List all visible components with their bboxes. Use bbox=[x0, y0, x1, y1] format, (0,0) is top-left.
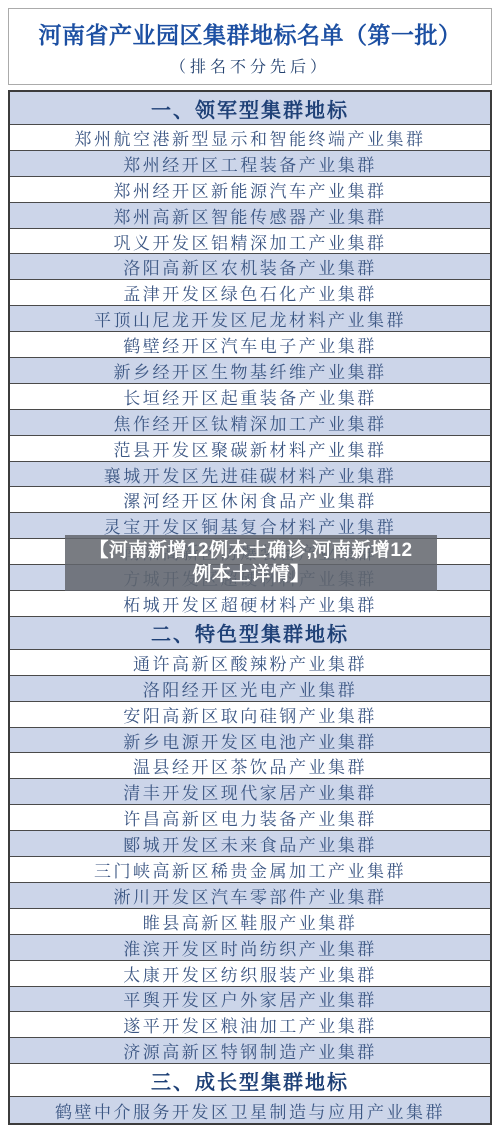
table-row: 淮滨开发区时尚纺织产业集群 bbox=[10, 935, 490, 961]
table-row: 济源高新区特钢制造产业集群 bbox=[10, 1038, 490, 1064]
table-row: 郑州经开区工程装备产业集群 bbox=[10, 151, 490, 177]
table-row: 新乡电源开发区电池产业集群 bbox=[10, 728, 490, 754]
table-row: 漯河经开区休闲食品产业集群 bbox=[10, 487, 490, 513]
table-row: 平舆开发区户外家居产业集群 bbox=[10, 987, 490, 1013]
table-row: 范县开发区聚碳新材料产业集群 bbox=[10, 436, 490, 462]
table-row: 郑州经开区新能源汽车产业集群 bbox=[10, 177, 490, 203]
table-row: 巩义开发区铝精深加工产业集群 bbox=[10, 229, 490, 255]
table-row: 许昌高新区电力装备产业集群 bbox=[10, 805, 490, 831]
section-header: 二、特色型集群地标 bbox=[10, 617, 490, 650]
section-header: 三、成长型集群地标 bbox=[10, 1064, 490, 1097]
table-row: 三门峡高新区稀贵金属加工产业集群 bbox=[10, 857, 490, 883]
news-overlay-line: 【河南新增12例本土确诊,河南新增12 bbox=[89, 539, 412, 563]
table-row: 鹤壁经开区汽车电子产业集群 bbox=[10, 332, 490, 358]
table-row: 新乡经开区生物基纤维产业集群 bbox=[10, 358, 490, 384]
cluster-table: 一、领军型集群地标郑州航空港新型显示和智能终端产业集群郑州经开区工程装备产业集群… bbox=[8, 90, 492, 1125]
table-row: 温县经开区茶饮品产业集群 bbox=[10, 753, 490, 779]
table-row: 长垣经开区起重装备产业集群 bbox=[10, 384, 490, 410]
table-row: 淅川开发区汽车零部件产业集群 bbox=[10, 883, 490, 909]
table-row: 郑州航空港新型显示和智能终端产业集群 bbox=[10, 125, 490, 151]
table-row: 焦作经开区钛精深加工产业集群 bbox=[10, 410, 490, 436]
table-row: 孟津开发区绿色石化产业集群 bbox=[10, 280, 490, 306]
table-row: 郾城开发区未来食品产业集群 bbox=[10, 831, 490, 857]
news-overlay-line: 例本土详情】 bbox=[192, 563, 309, 587]
table-row: 清丰开发区现代家居产业集群 bbox=[10, 779, 490, 805]
table-row: 襄城开发区先进硅碳材料产业集群 bbox=[10, 462, 490, 488]
table-row: 安阳高新区取向硅钢产业集群 bbox=[10, 702, 490, 728]
table-row: 平顶山尼龙开发区尼龙材料产业集群 bbox=[10, 306, 490, 332]
table-row: 通许高新区酸辣粉产业集群 bbox=[10, 650, 490, 676]
table-row: 洛阳经开区光电产业集群 bbox=[10, 676, 490, 702]
table-row: 睢县高新区鞋服产业集群 bbox=[10, 909, 490, 935]
news-overlay: 【河南新增12例本土确诊,河南新增12 例本土详情】 bbox=[65, 535, 437, 591]
table-row: 洛阳高新区农机装备产业集群 bbox=[10, 254, 490, 280]
title-box: 河南省产业园区集群地标名单（第一批） （排名不分先后） bbox=[8, 8, 492, 85]
table-row: 太康开发区纺织服装产业集群 bbox=[10, 961, 490, 987]
table-row: 郑州高新区智能传感器产业集群 bbox=[10, 203, 490, 229]
page-title: 河南省产业园区集群地标名单（第一批） bbox=[39, 17, 462, 50]
table-row: 柘城开发区超硬材料产业集群 bbox=[10, 591, 490, 617]
section-header: 一、领军型集群地标 bbox=[10, 92, 490, 125]
table-row: 遂平开发区粮油加工产业集群 bbox=[10, 1012, 490, 1038]
page-subtitle: （排名不分先后） bbox=[170, 54, 330, 77]
table-row: 鹤壁中介服务开发区卫星制造与应用产业集群 bbox=[10, 1097, 490, 1123]
